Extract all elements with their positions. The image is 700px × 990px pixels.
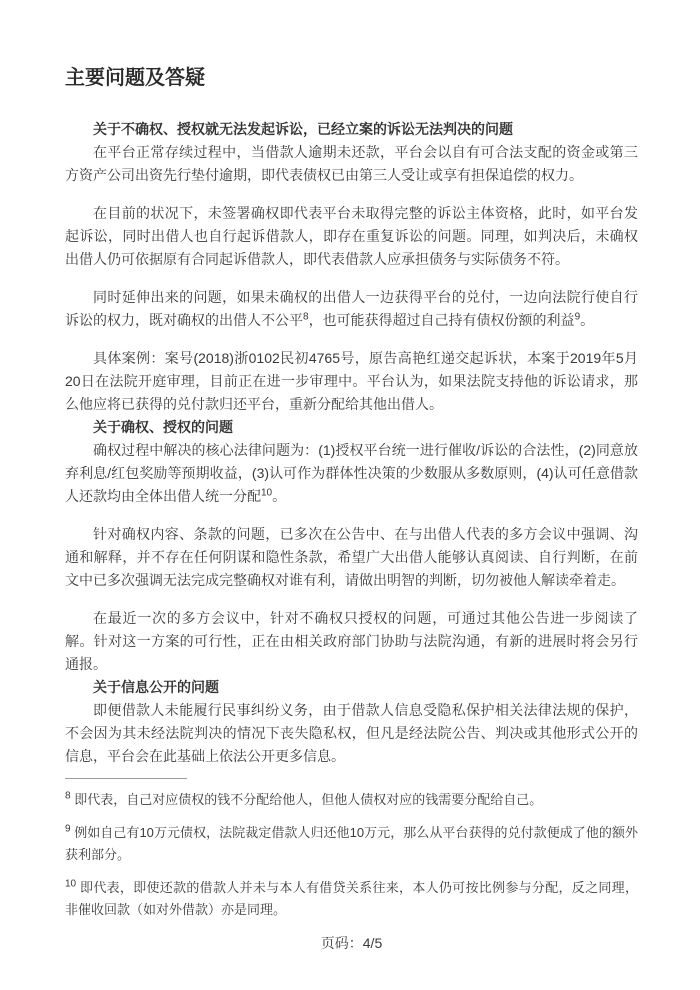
section-rights-confirmation: 关于确权、授权的问题 确权过程中解决的核心法律问题为：(1)授权平台统一进行催收… <box>65 416 638 676</box>
paragraph: 在目前的状况下，未签署确权即代表平台未取得完整的诉讼主体资格，此时，如平台发起诉… <box>65 202 638 271</box>
paragraph-text: ，也可能获得超过自己持有债权份额的利益 <box>309 312 575 328</box>
page-number: 页码：4/5 <box>65 932 638 955</box>
footnote-ref-10: 10 <box>261 487 272 498</box>
document-title: 主要问题及答疑 <box>65 64 638 92</box>
footnote-separator <box>65 778 187 779</box>
section-heading: 关于信息公开的问题 <box>65 676 638 699</box>
document-page: 主要问题及答疑 关于不确权、授权就无法发起诉讼，已经立案的诉讼无法判决的问题 在… <box>0 0 700 990</box>
footnote-marker: 8 <box>65 791 71 802</box>
section-information-disclosure: 关于信息公开的问题 即便借款人未能履行民事纠纷义务，由于借款人信息受隐私保护相关… <box>65 676 638 768</box>
footnotes-section: 8 即代表，自己对应债权的钱不分配给他人，但他人债权对应的钱需要分配给自己。 9… <box>65 778 638 921</box>
paragraph-text: 确权过程中解决的核心法律问题为：(1)授权平台统一进行催收/诉讼的合法性，(2)… <box>65 442 638 504</box>
footnote-8: 8 即代表，自己对应债权的钱不分配给他人，但他人债权对应的钱需要分配给自己。 <box>65 789 638 811</box>
section-heading: 关于确权、授权的问题 <box>65 416 638 439</box>
footnote-10: 10 即代表，即使还款的借款人并未与本人有借贷关系往来，本人仍可按比例参与分配，… <box>65 877 638 921</box>
paragraph: 即便借款人未能履行民事纠纷义务，由于借款人信息受隐私保护相关法律法规的保护，不会… <box>65 699 638 768</box>
paragraph: 确权过程中解决的核心法律问题为：(1)授权平台统一进行催收/诉讼的合法性，(2)… <box>65 439 638 508</box>
footnote-text: 例如自己有10万元债权，法院裁定借款人归还他10万元，那么从平台获得的兑付款便成… <box>65 825 638 862</box>
footnote-marker: 10 <box>65 879 76 890</box>
footnote-text: 即代表，即使还款的借款人并未与本人有借贷关系往来，本人仍可按比例参与分配，反之同… <box>65 880 638 917</box>
paragraph: 在平台正常存续过程中，当借款人逾期未还款，平台会以自有可合法支配的资金或第三方资… <box>65 141 638 187</box>
paragraph: 同时延伸出来的问题，如果未确权的出借人一边获得平台的兑付，一边向法院行使自行诉讼… <box>65 286 638 332</box>
section-heading: 关于不确权、授权就无法发起诉讼，已经立案的诉讼无法判决的问题 <box>65 118 638 141</box>
paragraph-text: 。 <box>580 312 594 328</box>
footnote-9: 9 例如自己有10万元债权，法院裁定借款人归还他10万元，那么从平台获得的兑付款… <box>65 822 638 866</box>
footnote-marker: 9 <box>65 824 71 835</box>
paragraph-text: 。 <box>272 488 286 504</box>
footnote-text: 即代表，自己对应债权的钱不分配给他人，但他人债权对应的钱需要分配给自己。 <box>74 792 542 807</box>
paragraph: 针对确权内容、条款的问题，已多次在公告中、在与出借人代表的多方会议中强调、沟通和… <box>65 523 638 592</box>
paragraph: 具体案例：案号(2018)浙0102民初4765号，原告高艳红递交起诉状，本案于… <box>65 347 638 416</box>
section-litigation-question: 关于不确权、授权就无法发起诉讼，已经立案的诉讼无法判决的问题 在平台正常存续过程… <box>65 118 638 416</box>
paragraph: 在最近一次的多方会议中，针对不确权只授权的问题，可通过其他公告进一步阅读了解。针… <box>65 607 638 676</box>
